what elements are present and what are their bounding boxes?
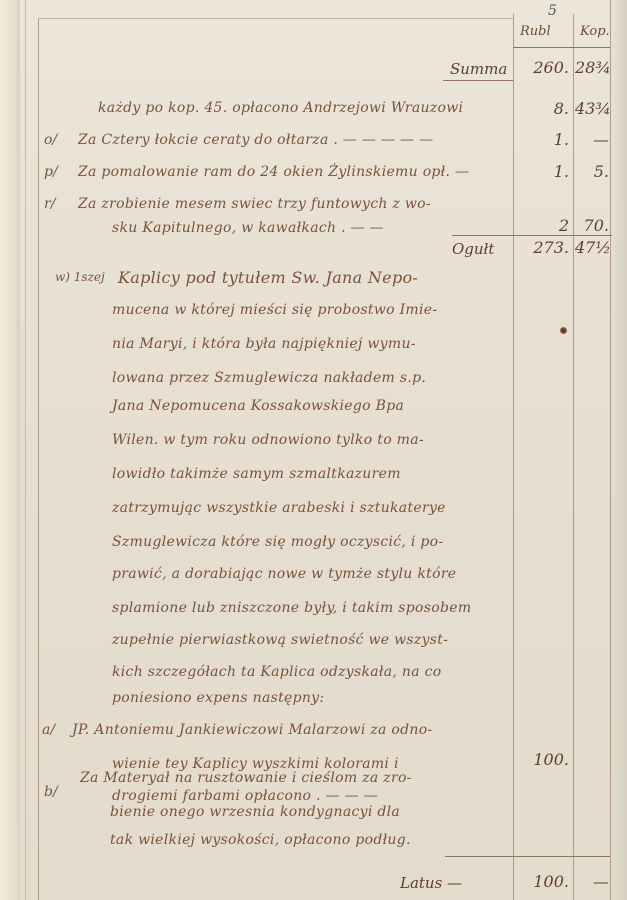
top-rule (38, 18, 513, 19)
entry-marker: r/ (44, 196, 55, 212)
section-line: zupełnie pierwiastkową swietność we wszy… (112, 632, 448, 648)
total-kopeks: 47½ (575, 238, 609, 257)
rubles-column-header: Rubl (520, 24, 551, 39)
entry-marker: p/ (44, 164, 58, 180)
page-number: 5 (548, 3, 557, 19)
subtotal-rule (452, 235, 612, 236)
summa-kopeks: 28¾ (575, 58, 609, 77)
kopeks-column-header: Kop. (580, 24, 610, 39)
entry-line: Za Cztery łokcie ceraty do ołtarza . — —… (78, 132, 433, 148)
latus-kopeks: — (575, 872, 609, 891)
entry-kopeks: — (575, 130, 609, 149)
entry-kopeks: 5. (575, 162, 609, 181)
entry-marker: o/ (44, 132, 57, 148)
book-binding (0, 0, 20, 900)
latus-rubles: 100. (515, 872, 569, 891)
section-line: Kaplicy pod tytułem Sw. Jana Nepo- (118, 268, 418, 287)
sub-entry-marker: b/ (44, 784, 58, 800)
total-label: Ogułt (452, 240, 494, 258)
summa-rubles: 260. (515, 58, 569, 77)
sub-entry-line: drogiemi farbami opłacono . — — — (112, 788, 378, 804)
sub-entry-rubles: 100. (515, 750, 569, 769)
entry-rubles: 2 (515, 216, 569, 235)
entry-line: Za zrobienie mesem swiec trzy funtowych … (78, 196, 431, 212)
column-header-rule (513, 47, 610, 48)
sub-entry-line: tak wielkiej wysokości, opłacono podług. (110, 832, 411, 848)
section-line: splamione lub zniszczone były, i takim s… (112, 600, 471, 616)
section-line: kich szczegółach ta Kaplica odzyskała, n… (112, 664, 441, 680)
outer-margin-line (25, 0, 26, 900)
latus-label: Latus — (400, 874, 462, 892)
section-line: Wilen. w tym roku odnowiono tylko to ma- (112, 432, 424, 448)
sub-entry-line: bienie onego wrzesnia kondygnacyi dla (110, 804, 400, 820)
kopeks-column-line (573, 14, 574, 900)
entry-rubles: 1. (515, 162, 569, 181)
sub-entry-marker: a/ (42, 722, 55, 738)
ink-stain (560, 327, 567, 334)
sub-entry-line: Za Materyał na rusztowanie i cieślom za … (80, 770, 412, 786)
section-line: nia Maryi, i która była najpiękniej wymu… (112, 336, 416, 352)
section-line: Szmuglewicza które się mogły oczyscić, i… (112, 534, 443, 550)
right-border-line (610, 0, 611, 900)
summa-label: Summa (450, 60, 507, 78)
entry-line: sku Kapitulnego, w kawałkach . — — (112, 220, 384, 236)
page-edge (609, 0, 627, 900)
section-line: prawić, a dorabiając nowe w tymże stylu … (112, 566, 456, 582)
entry-line: każdy po kop. 45. opłacono Andrzejowi Wr… (98, 100, 463, 116)
latus-rule (445, 856, 610, 857)
section-line: Jana Nepomucena Kossakowskiego Bpa (112, 398, 404, 414)
entry-kopeks: 70. (575, 216, 609, 235)
sub-entry-line: JP. Antoniemu Jankiewiczowi Malarzowi za… (72, 722, 433, 738)
entry-line: Za pomalowanie ram do 24 okien Żylinskie… (78, 164, 469, 180)
section-marker: w) 1szej (55, 270, 105, 284)
section-line: lowana przez Szmuglewicza nakładem s.p. (112, 370, 426, 386)
total-rubles: 273. (515, 238, 569, 257)
left-margin-line (38, 18, 39, 900)
section-line: lowidło takimże samym szmaltkazurem (112, 466, 401, 482)
section-line: mucena w której mieści się probostwo Imi… (112, 302, 437, 318)
section-line: zatrzymując wszystkie arabeski i sztukat… (112, 500, 446, 516)
summa-underline (443, 80, 513, 81)
entry-kopeks: 43¾ (575, 99, 609, 118)
entry-rubles: 1. (515, 130, 569, 149)
section-line: poniesiono expens następny: (112, 690, 324, 706)
rubles-column-line (513, 14, 514, 900)
entry-rubles: 8. (515, 99, 569, 118)
